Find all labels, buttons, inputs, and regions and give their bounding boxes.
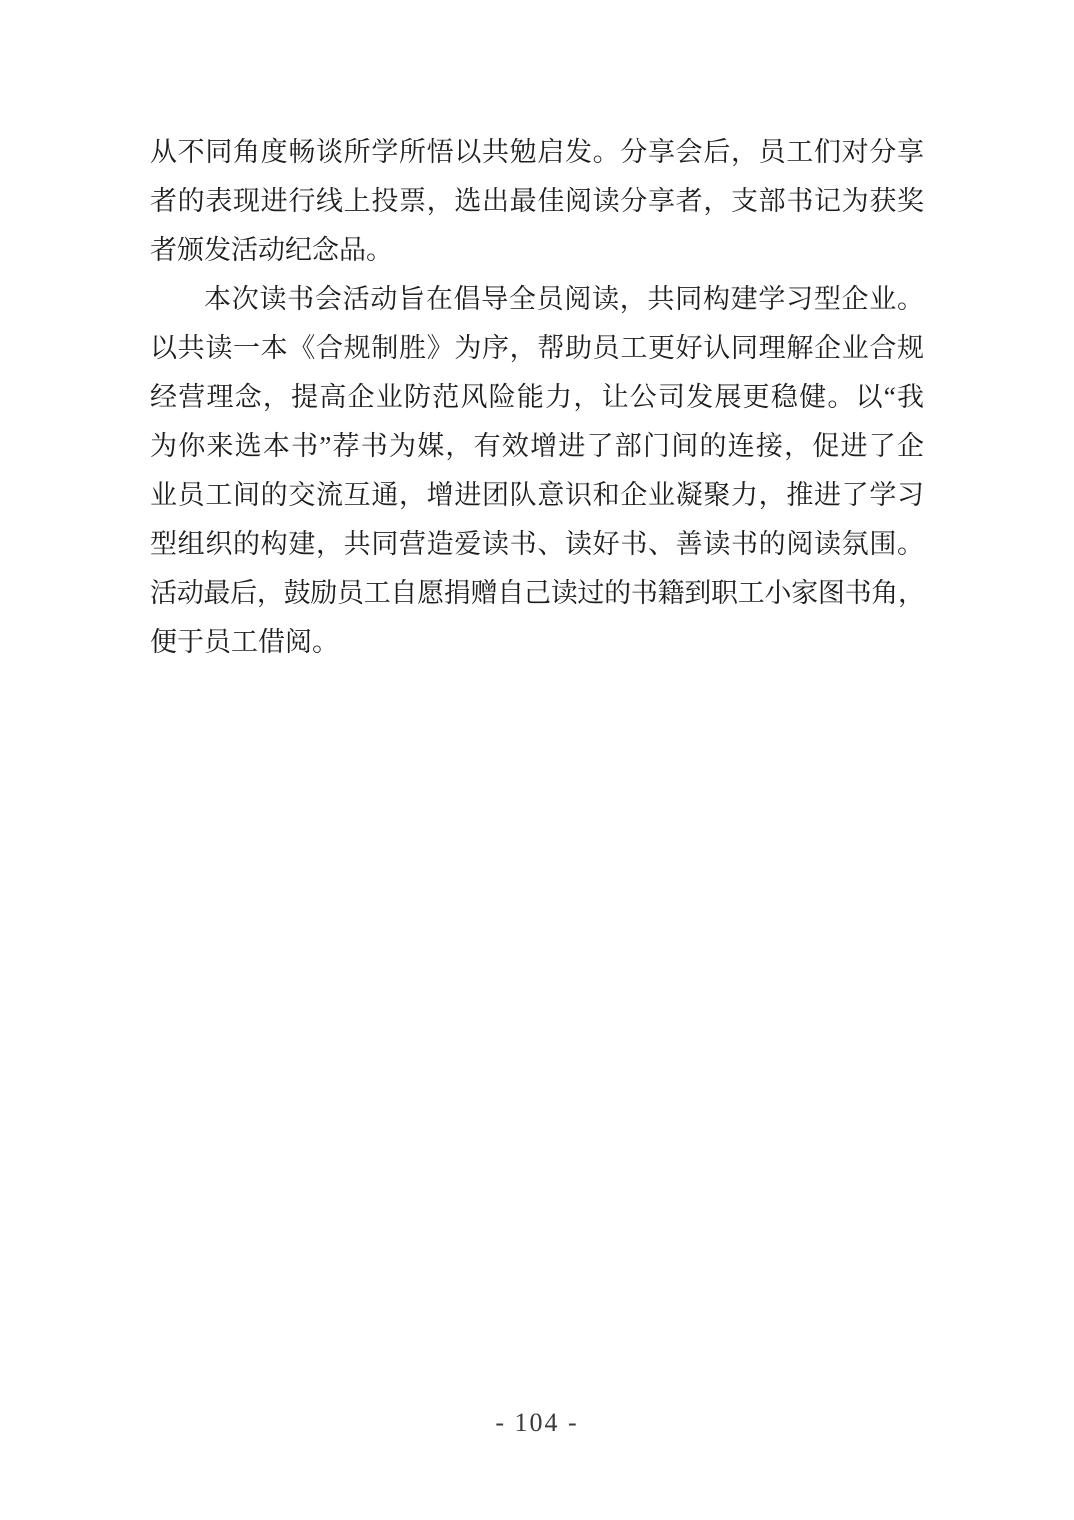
text-line: 者颁发活动纪念品。 xyxy=(150,226,924,275)
text-line: 活动最后，鼓励员工自愿捐赠自己读过的书籍到职工小家图书角， xyxy=(150,569,924,618)
text-line: 业员工间的交流互通，增进团队意识和企业凝聚力，推进了学习 xyxy=(150,471,924,520)
paragraph-continued: 从不同角度畅谈所学所悟以共勉启发。分享会后，员工们对分享 者的表现进行线上投票，… xyxy=(150,128,924,275)
document-page: 从不同角度畅谈所学所悟以共勉启发。分享会后，员工们对分享 者的表现进行线上投票，… xyxy=(0,0,1074,1520)
text-line: 为你来选本书”荐书为媒，有效增进了部门间的连接，促进了企 xyxy=(150,422,924,471)
text-line: 从不同角度畅谈所学所悟以共勉启发。分享会后，员工们对分享 xyxy=(150,128,924,177)
text-line: 经营理念，提高企业防范风险能力，让公司发展更稳健。以“我 xyxy=(150,373,924,422)
text-line: 以共读一本《合规制胜》为序，帮助员工更好认同理解企业合规 xyxy=(150,324,924,373)
text-line: 者的表现进行线上投票，选出最佳阅读分享者，支部书记为获奖 xyxy=(150,177,924,226)
text-line: 便于员工借阅。 xyxy=(150,618,924,667)
paragraph-summary: 本次读书会活动旨在倡导全员阅读，共同构建学习型企业。 以共读一本《合规制胜》为序… xyxy=(150,275,924,667)
text-line: 本次读书会活动旨在倡导全员阅读，共同构建学习型企业。 xyxy=(150,275,924,324)
document-body: 从不同角度畅谈所学所悟以共勉启发。分享会后，员工们对分享 者的表现进行线上投票，… xyxy=(150,128,924,667)
text-line: 型组织的构建，共同营造爱读书、读好书、善读书的阅读氛围。 xyxy=(150,520,924,569)
page-number: - 104 - xyxy=(0,1408,1074,1438)
